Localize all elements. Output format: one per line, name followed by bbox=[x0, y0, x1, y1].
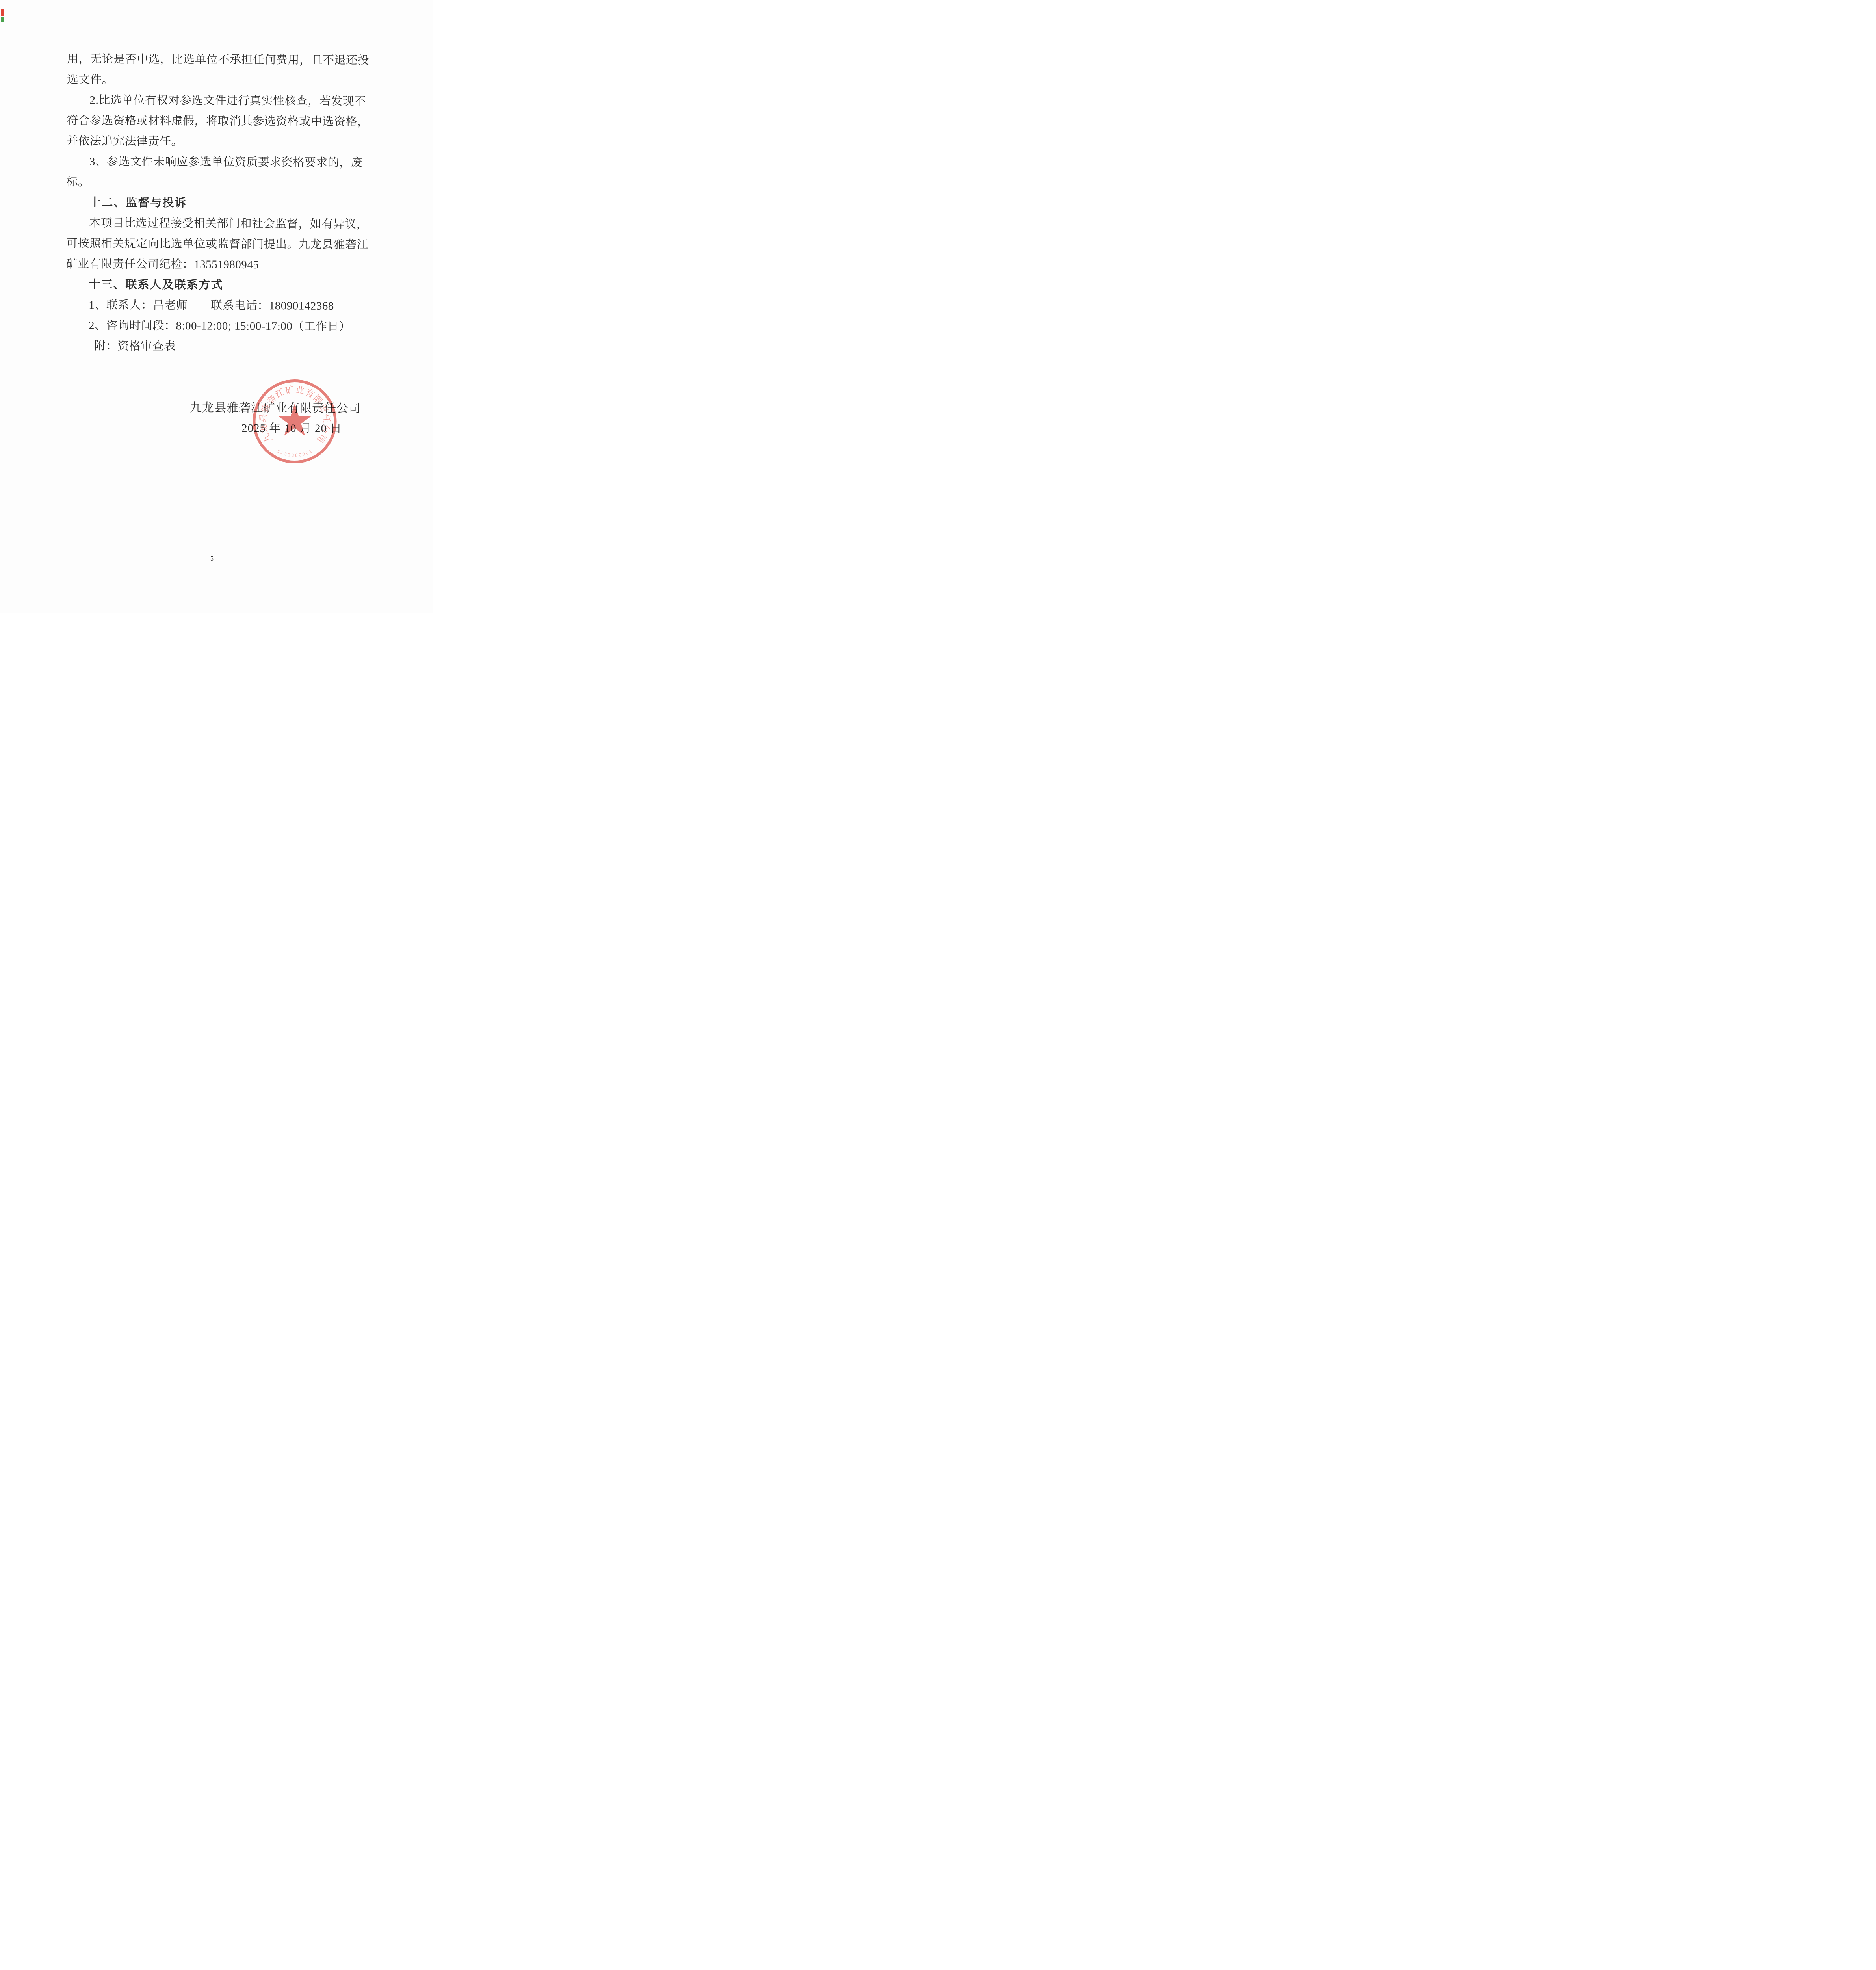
svg-text:0: 0 bbox=[299, 453, 302, 458]
text-line: 1、联系人：吕老师 联系电话：18090142368 bbox=[66, 295, 377, 316]
text-line: 3、参选文件未响应参选单位资质要求资格要求的，废 bbox=[67, 151, 378, 173]
text-line: 可按照相关规定向比选单位或监督部门提出。九龙县雅砻江 bbox=[66, 233, 377, 255]
svg-text:5: 5 bbox=[276, 449, 280, 454]
svg-text:0: 0 bbox=[302, 452, 305, 457]
signature-company: 九龙县雅砻江矿业有限责任公司 bbox=[190, 398, 361, 416]
scanned-content: 用，无论是否中选，比选单位不承担任何费用，且不退还投选文件。2.比选单位有权对参… bbox=[0, 0, 433, 613]
document-page: 用，无论是否中选，比选单位不承担任何费用，且不退还投选文件。2.比选单位有权对参… bbox=[0, 0, 433, 613]
svg-text:业: 业 bbox=[295, 385, 305, 396]
svg-text:矿: 矿 bbox=[284, 385, 295, 396]
page-number: 5 bbox=[0, 556, 424, 563]
section-heading: 十二、监督与投诉 bbox=[66, 192, 377, 214]
svg-text:8: 8 bbox=[295, 453, 298, 458]
svg-text:0: 0 bbox=[305, 451, 309, 456]
svg-text:1: 1 bbox=[280, 450, 284, 455]
svg-text:3: 3 bbox=[284, 452, 287, 457]
text-line: 符合参选资格或材料虚假，将取消其参选资格或中选资格， bbox=[67, 110, 378, 132]
text-line: 本项目比选过程接受相关部门和社会监督，如有异议， bbox=[66, 213, 377, 234]
text-line: 并依法追究法律责任。 bbox=[67, 131, 378, 152]
svg-text:1: 1 bbox=[308, 449, 313, 454]
text-line: 标。 bbox=[67, 172, 378, 193]
svg-text:3: 3 bbox=[288, 453, 291, 458]
text-line: 2、咨询时间段：8:00-12:00; 15:00-17:00（工作日） bbox=[66, 315, 377, 337]
svg-text:3: 3 bbox=[292, 453, 294, 458]
signature-date: 2025 年 10 月 20 日 bbox=[241, 419, 342, 436]
text-line: 选文件。 bbox=[67, 69, 378, 91]
section-heading: 十三、联系人及联系方式 bbox=[66, 274, 377, 296]
text-line: 矿业有限责任公司纪检：13551980945 bbox=[66, 254, 377, 275]
text-line: 用，无论是否中选，比选单位不承担任何费用，且不退还投 bbox=[67, 49, 378, 71]
seal-code-text: 5133380001 bbox=[276, 449, 313, 458]
text-line: 附：资格审查表 bbox=[66, 336, 377, 357]
text-line: 2.比选单位有权对参选文件进行真实性核查，若发现不 bbox=[67, 90, 378, 112]
body-text: 用，无论是否中选，比选单位不承担任何费用，且不退还投选文件。2.比选单位有权对参… bbox=[66, 49, 378, 357]
